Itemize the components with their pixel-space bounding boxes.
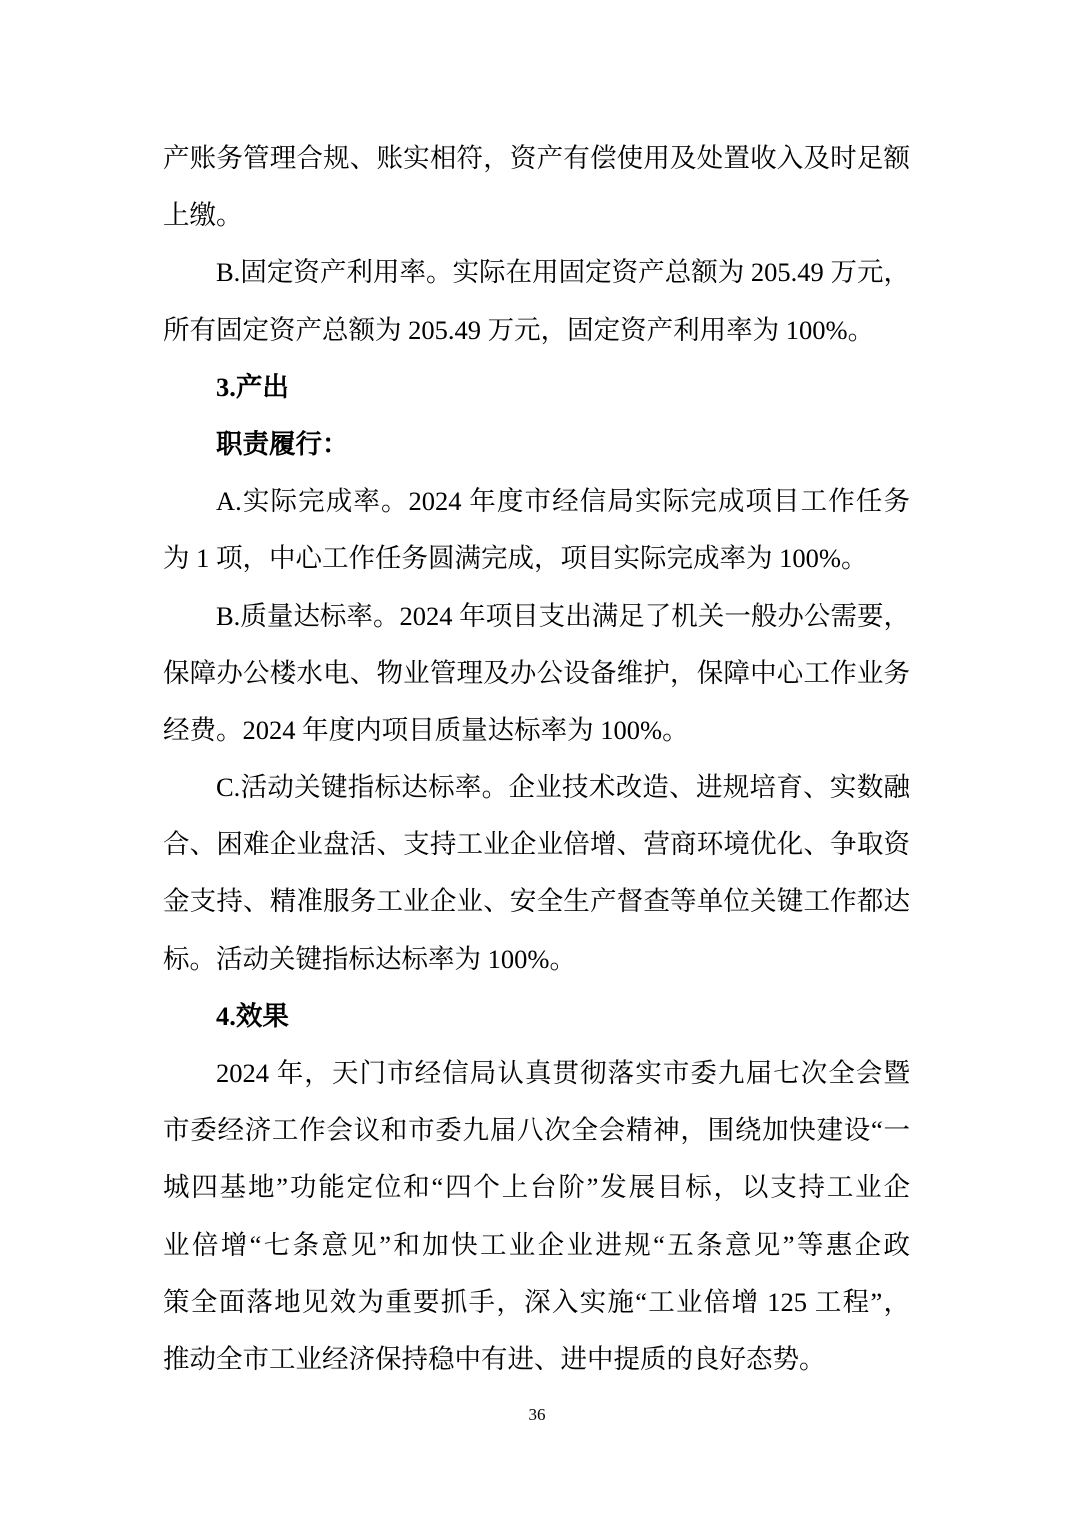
text-line: 所有固定资产总额为 205.49 万元，固定资产利用率为 100%。 [163,302,910,359]
document-page: 产账务管理合规、账实相符，资产有偿使用及处置收入及时足额上缴。B.固定资产利用率… [0,0,1074,1520]
text-line: C.活动关键指标达标率。企业技术改造、进规培育、实数融 [163,759,910,816]
text-line: 3.产出 [163,359,910,416]
text-line: A.实际完成率。2024 年度市经信局实际完成项目工作任务 [163,473,910,530]
page-number: 36 [0,1403,1074,1427]
document-body: 产账务管理合规、账实相符，资产有偿使用及处置收入及时足额上缴。B.固定资产利用率… [163,130,910,1388]
text-line: B.固定资产利用率。实际在用固定资产总额为 205.49 万元， [163,244,910,301]
text-line: 经费。2024 年度内项目质量达标率为 100%。 [163,702,910,759]
text-line: 4.效果 [163,988,910,1045]
text-line: 策全面落地见效为重要抓手，深入实施“工业倍增 125 工程”， [163,1274,910,1331]
text-line: 保障办公楼水电、物业管理及办公设备维护，保障中心工作业务 [163,645,910,702]
text-line: 市委经济工作会议和市委九届八次全会精神，围绕加快建设“一 [163,1102,910,1159]
text-line: 城四基地”功能定位和“四个上台阶”发展目标，以支持工业企 [163,1159,910,1216]
text-line: 业倍增“七条意见”和加快工业企业进规“五条意见”等惠企政 [163,1217,910,1274]
text-line: 为 1 项，中心工作任务圆满完成，项目实际完成率为 100%。 [163,530,910,587]
text-line: B.质量达标率。2024 年项目支出满足了机关一般办公需要， [163,588,910,645]
text-line: 产账务管理合规、账实相符，资产有偿使用及处置收入及时足额 [163,130,910,187]
text-line: 合、困难企业盘活、支持工业企业倍增、营商环境优化、争取资 [163,816,910,873]
text-line: 标。活动关键指标达标率为 100%。 [163,931,910,988]
text-line: 上缴。 [163,187,910,244]
text-line: 推动全市工业经济保持稳中有进、进中提质的良好态势。 [163,1331,910,1388]
text-line: 2024 年，天门市经信局认真贯彻落实市委九届七次全会暨 [163,1045,910,1102]
text-line: 金支持、精准服务工业企业、安全生产督查等单位关键工作都达 [163,873,910,930]
text-line: 职责履行： [163,416,910,473]
